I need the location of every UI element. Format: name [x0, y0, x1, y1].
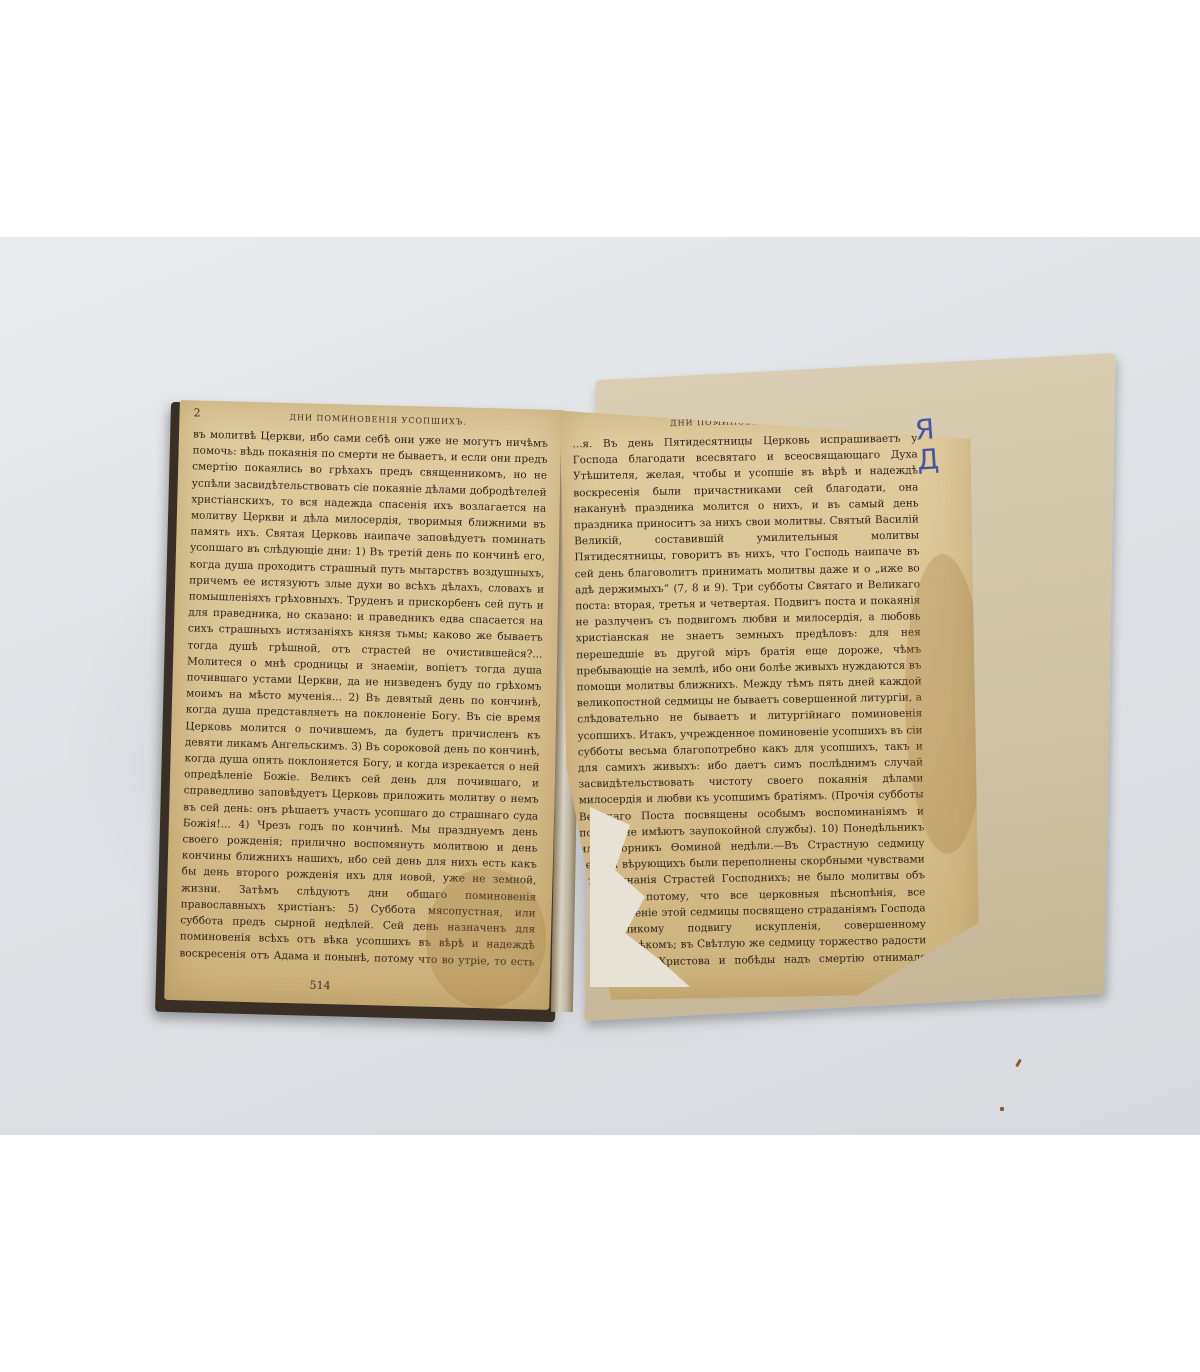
running-head: ДНИ ПОМИНОВЕНІЯ УСОПШИХЪ.	[289, 413, 466, 427]
footer-number: 514	[309, 979, 330, 993]
paper-debris	[1000, 1107, 1004, 1111]
page-number: 2	[193, 406, 200, 419]
paper-debris	[1015, 1059, 1022, 1067]
handwritten-note: Я Д	[914, 414, 940, 475]
left-page: 2 ДНИ ПОМИНОВЕНІЯ УСОПШИХЪ. въ молитвѣ Ц…	[164, 400, 565, 1010]
photo-background: 2 ДНИ ПОМИНОВЕНІЯ УСОПШИХЪ. въ молитвѣ Ц…	[0, 237, 1200, 1135]
